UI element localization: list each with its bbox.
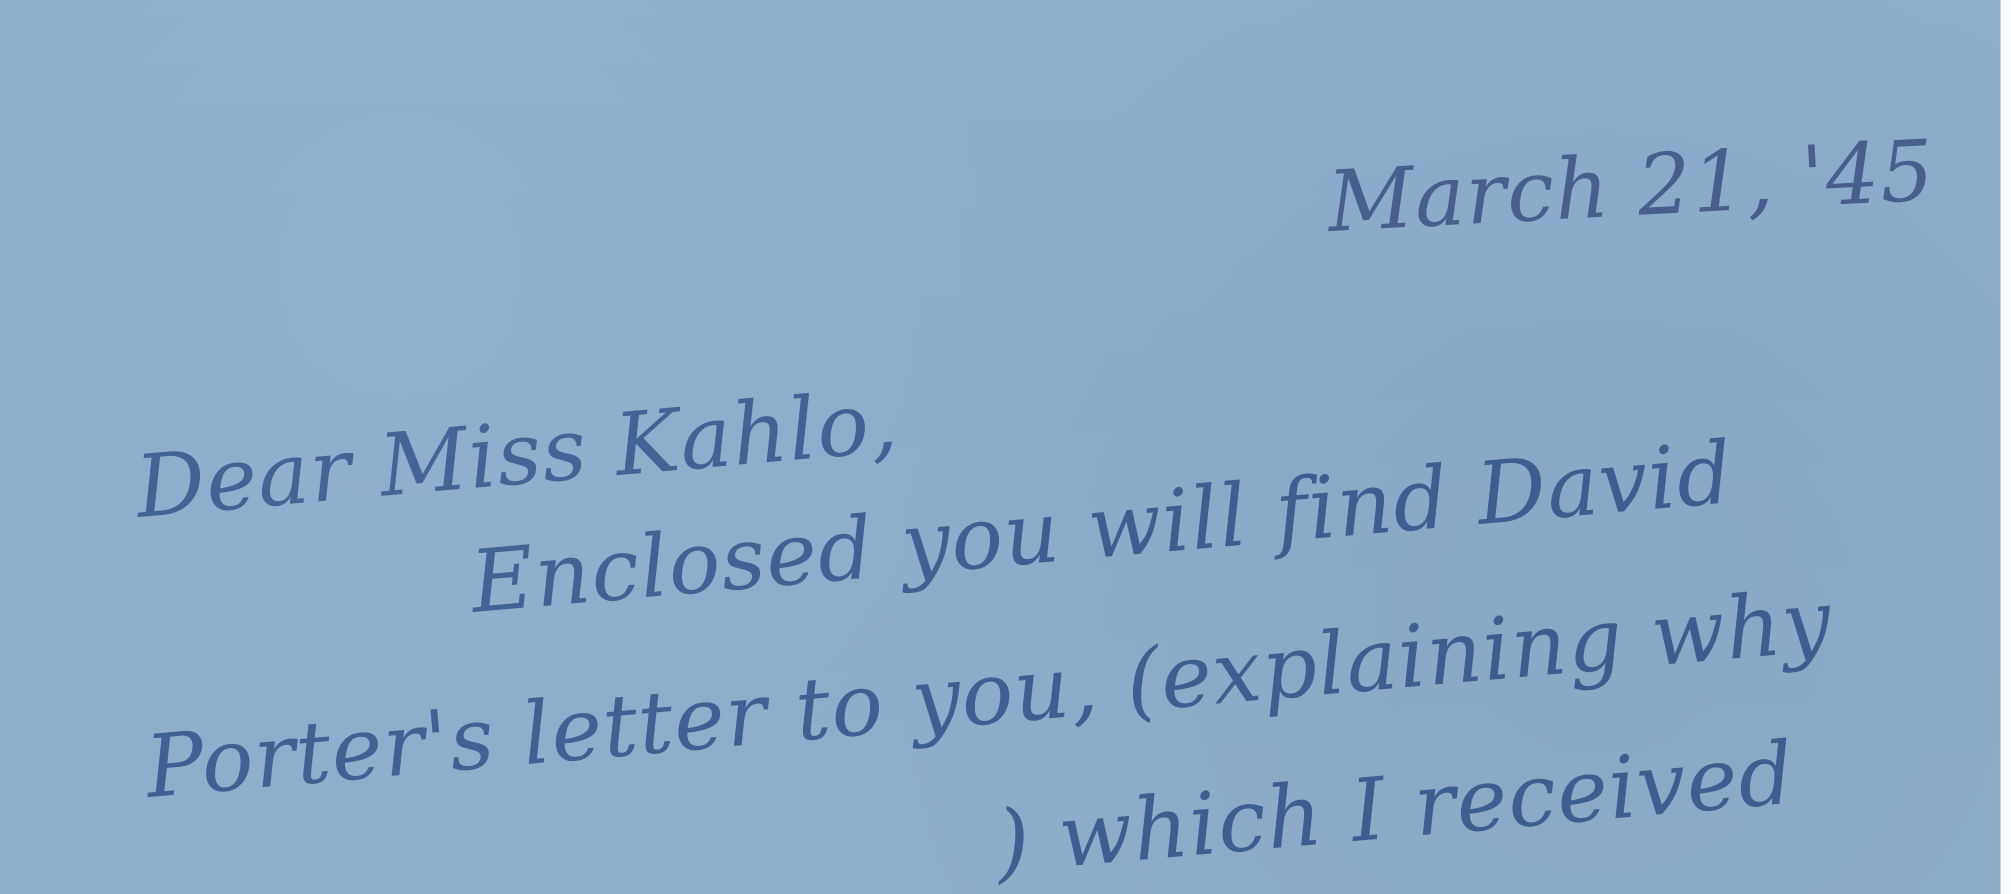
- letter-date: March 21, '45: [1326, 128, 1937, 244]
- paper-edge-margin: [2000, 0, 2011, 894]
- letter-page: March 21, '45 Dear Miss Kahlo, Enclosed …: [0, 0, 2000, 894]
- letter-body-line: ) which I received: [993, 731, 1798, 886]
